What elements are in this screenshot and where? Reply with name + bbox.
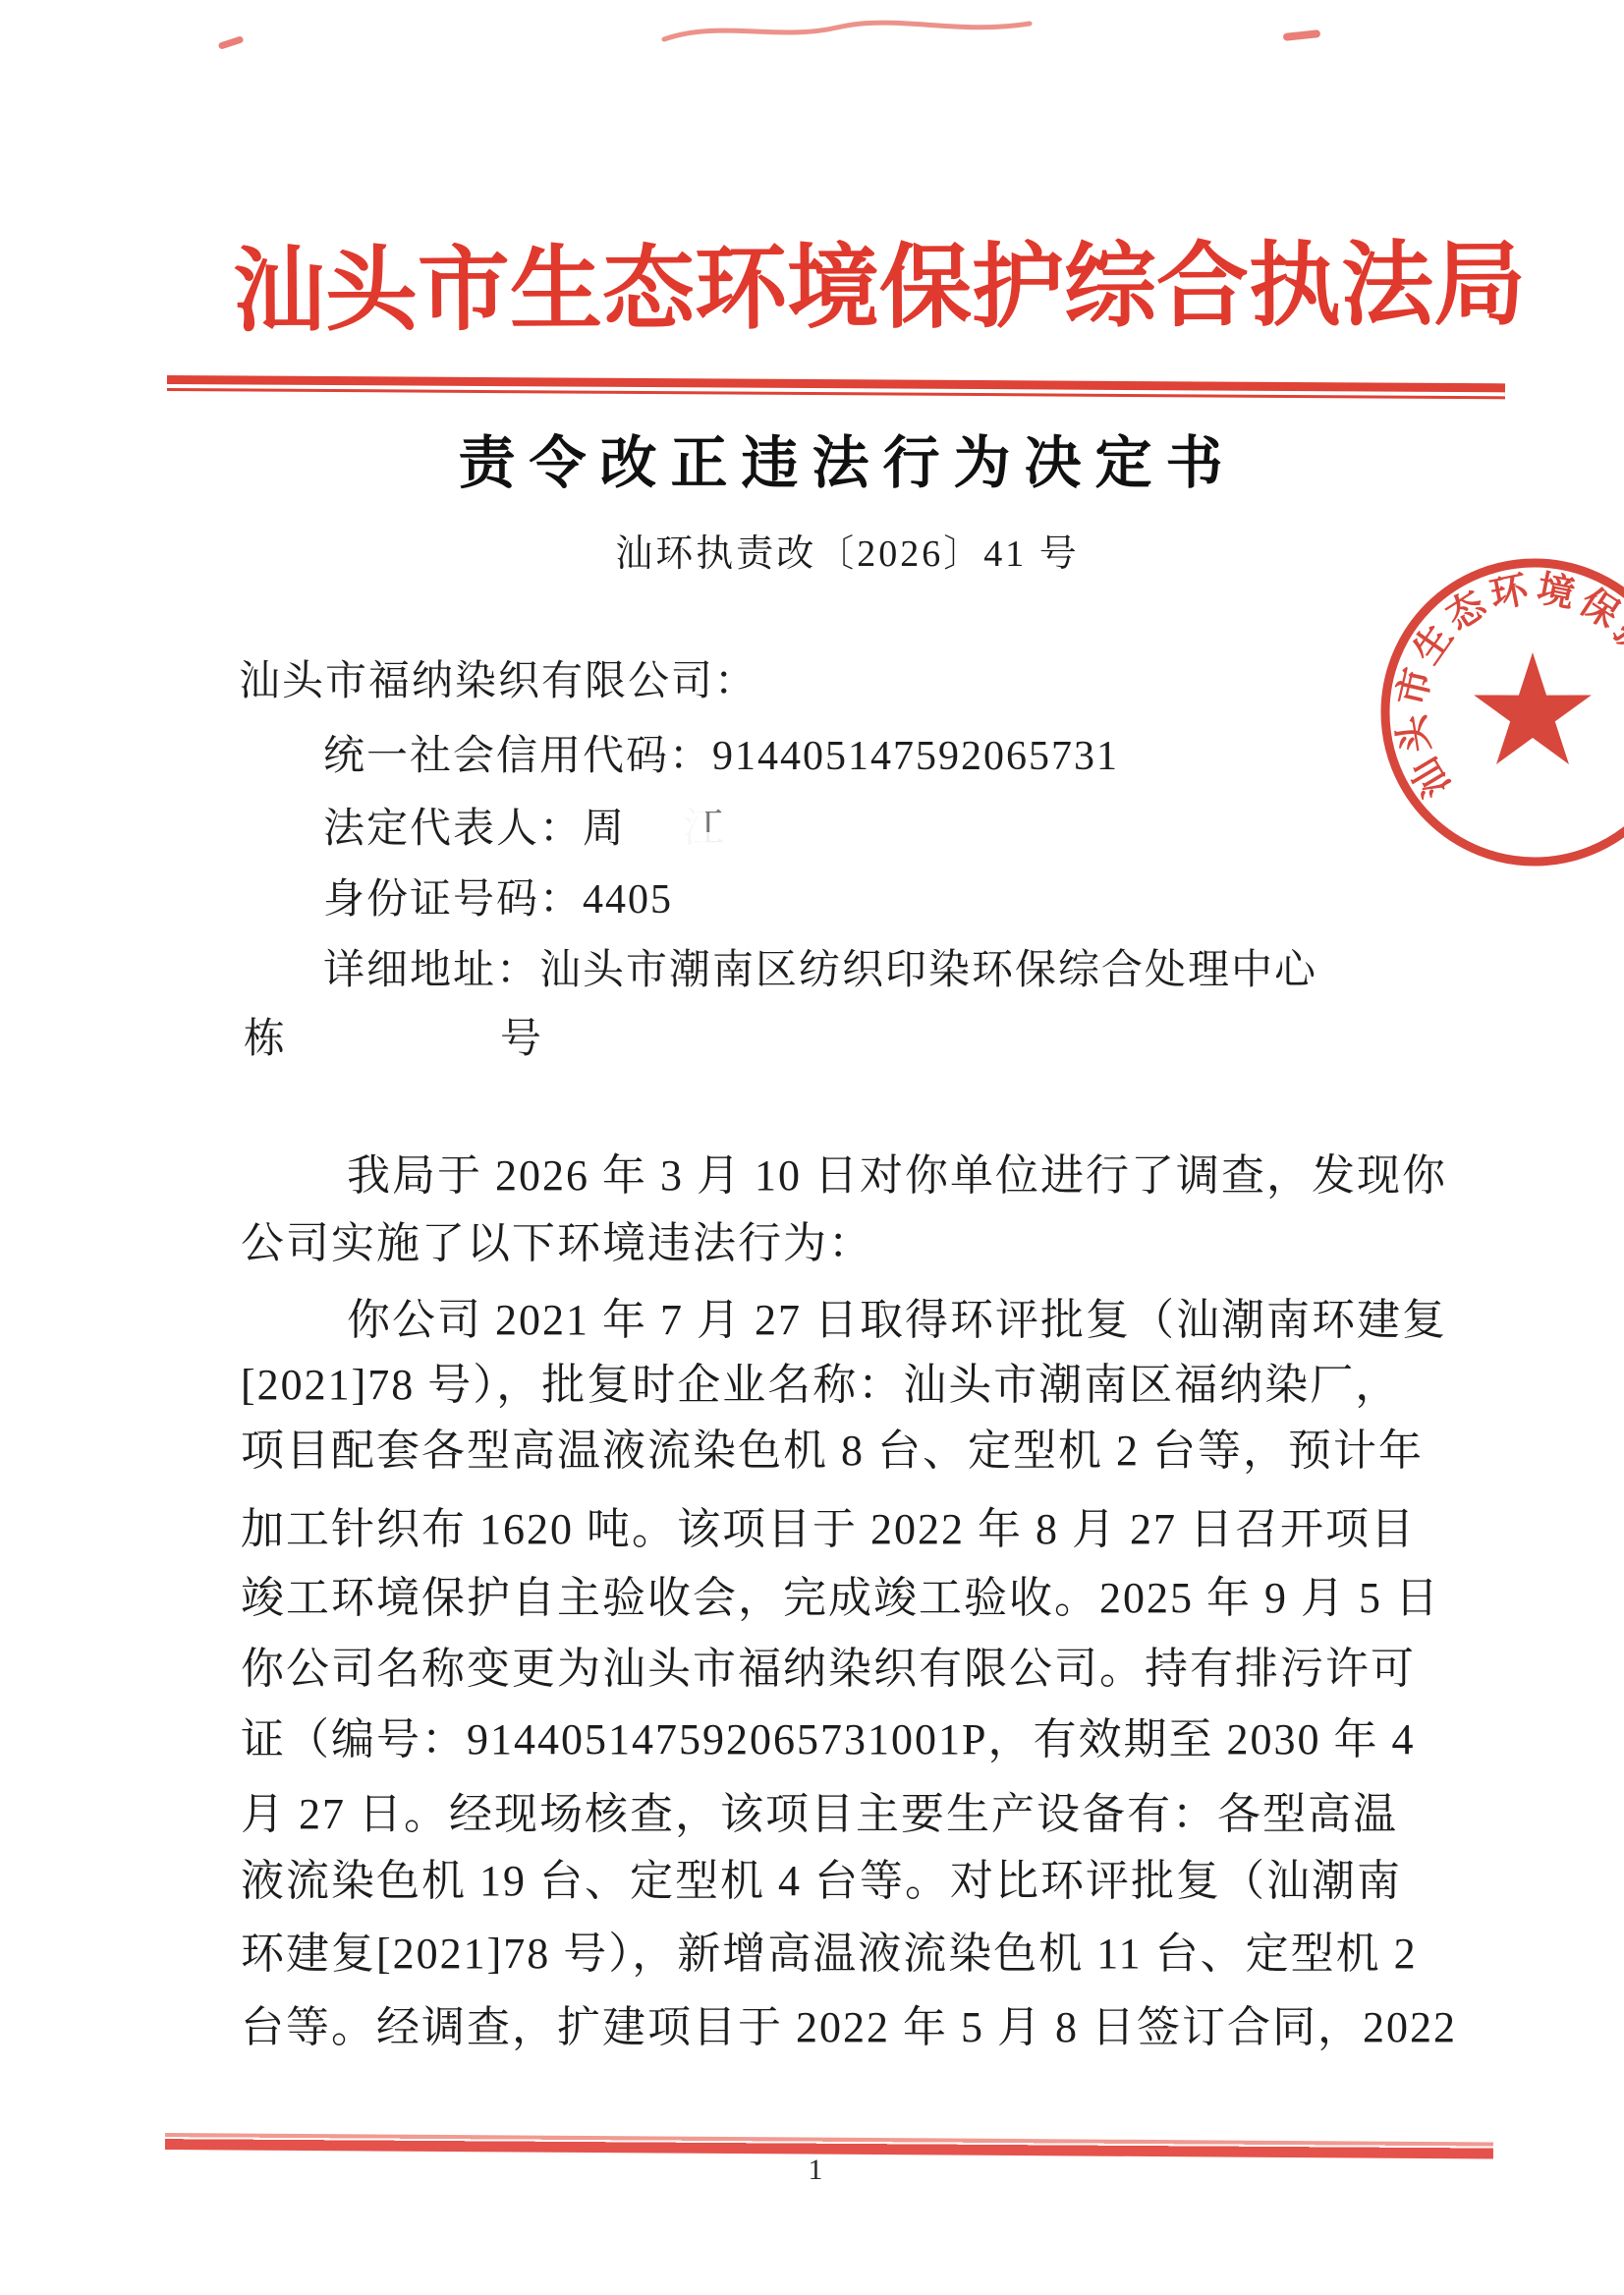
address-line: 详细地址：汕头市潮南区纺织印染环保综合处理中心	[323, 937, 1317, 996]
body-line: 环建复[2021]78 号），新增高温液流染色机 11 台、定型机 2	[241, 1926, 1479, 1982]
credit-code-label: 统一社会信用代码：	[323, 734, 712, 779]
redaction-mask	[700, 832, 732, 861]
recipient-name: 汕头市福纳染织有限公司：	[239, 648, 757, 707]
id-number-line: 身份证号码：4405	[323, 867, 673, 925]
id-number-value: 4405	[583, 877, 673, 923]
red-ink-smudge	[1283, 29, 1321, 41]
body-line: 加工针织布 1620 吨。该项目于 2022 年 8 月 27 日召开项目	[241, 1501, 1479, 1557]
body-line: 我局于 2026 年 3 月 10 日对你单位进行了调查，发现你	[241, 1147, 1585, 1203]
red-ink-smudge	[660, 16, 1034, 49]
letterhead-title: 汕头市生态环境保护综合执法局	[233, 233, 1531, 346]
body-line: 月 27 日。经现场核查，该项目主要生产设备有：各型高温	[241, 1786, 1479, 1842]
body-line: 竣工环境保护自主验收会，完成竣工验收。2025 年 9 月 5 日	[241, 1570, 1479, 1626]
legal-rep-label: 法定代表人：	[323, 807, 583, 852]
official-seal: 汕头市生态环境保护综合执法局	[1373, 548, 1624, 876]
credit-code-line: 统一社会信用代码：914405147592065731	[323, 723, 1119, 782]
body-line: 你公司 2021 年 7 月 27 日取得环评批复（汕潮南环建复	[241, 1292, 1585, 1348]
id-number-label: 身份证号码：	[323, 877, 583, 923]
address-value: 汕头市潮南区纺织印染环保综合处理中心	[539, 948, 1317, 993]
address-number-char: 号	[500, 1006, 543, 1065]
scanned-document-page: 汕头市生态环境保护综合执法局 责令改正违法行为决定书 汕环执责改〔2026〕41…	[0, 0, 1624, 2295]
red-ink-smudge	[218, 35, 245, 50]
seal-star	[1474, 652, 1592, 764]
body-line: 你公司名称变更为汕头市福纳染织有限公司。持有排污许可	[241, 1641, 1479, 1697]
document-number: 汕环执责改〔2026〕41 号	[236, 523, 1459, 577]
body-line: 证（编号：914405147592065731001P，有效期至 2030 年 …	[241, 1711, 1479, 1767]
address-label: 详细地址：	[323, 948, 539, 993]
body-line: 台等。经调查，扩建项目于 2022 年 5 月 8 日签订合同，2022	[241, 1999, 1479, 2055]
body-line: [2021]78 号），批复时企业名称：汕头市潮南区福纳染厂，	[241, 1357, 1479, 1413]
body-line: 公司实施了以下环境违法行为：	[241, 1215, 1479, 1271]
address-building-char: 栋	[244, 1006, 287, 1065]
legal-rep-redacted-char: 江	[683, 796, 726, 855]
legal-representative-line: 法定代表人：周江	[323, 796, 726, 855]
page-number: 1	[236, 2154, 1395, 2187]
body-line: 液流染色机 19 台、定型机 4 台等。对比环评批复（汕潮南	[241, 1853, 1479, 1909]
seal-text: 汕头市生态环境保护综合执法局	[1373, 548, 1624, 804]
document-title: 责令改正违法行为决定书	[236, 417, 1459, 499]
legal-rep-name: 周	[583, 807, 626, 852]
body-line: 项目配套各型高温液流染色机 8 台、定型机 2 台等，预计年	[241, 1423, 1479, 1479]
credit-code-value: 914405147592065731	[712, 734, 1119, 779]
